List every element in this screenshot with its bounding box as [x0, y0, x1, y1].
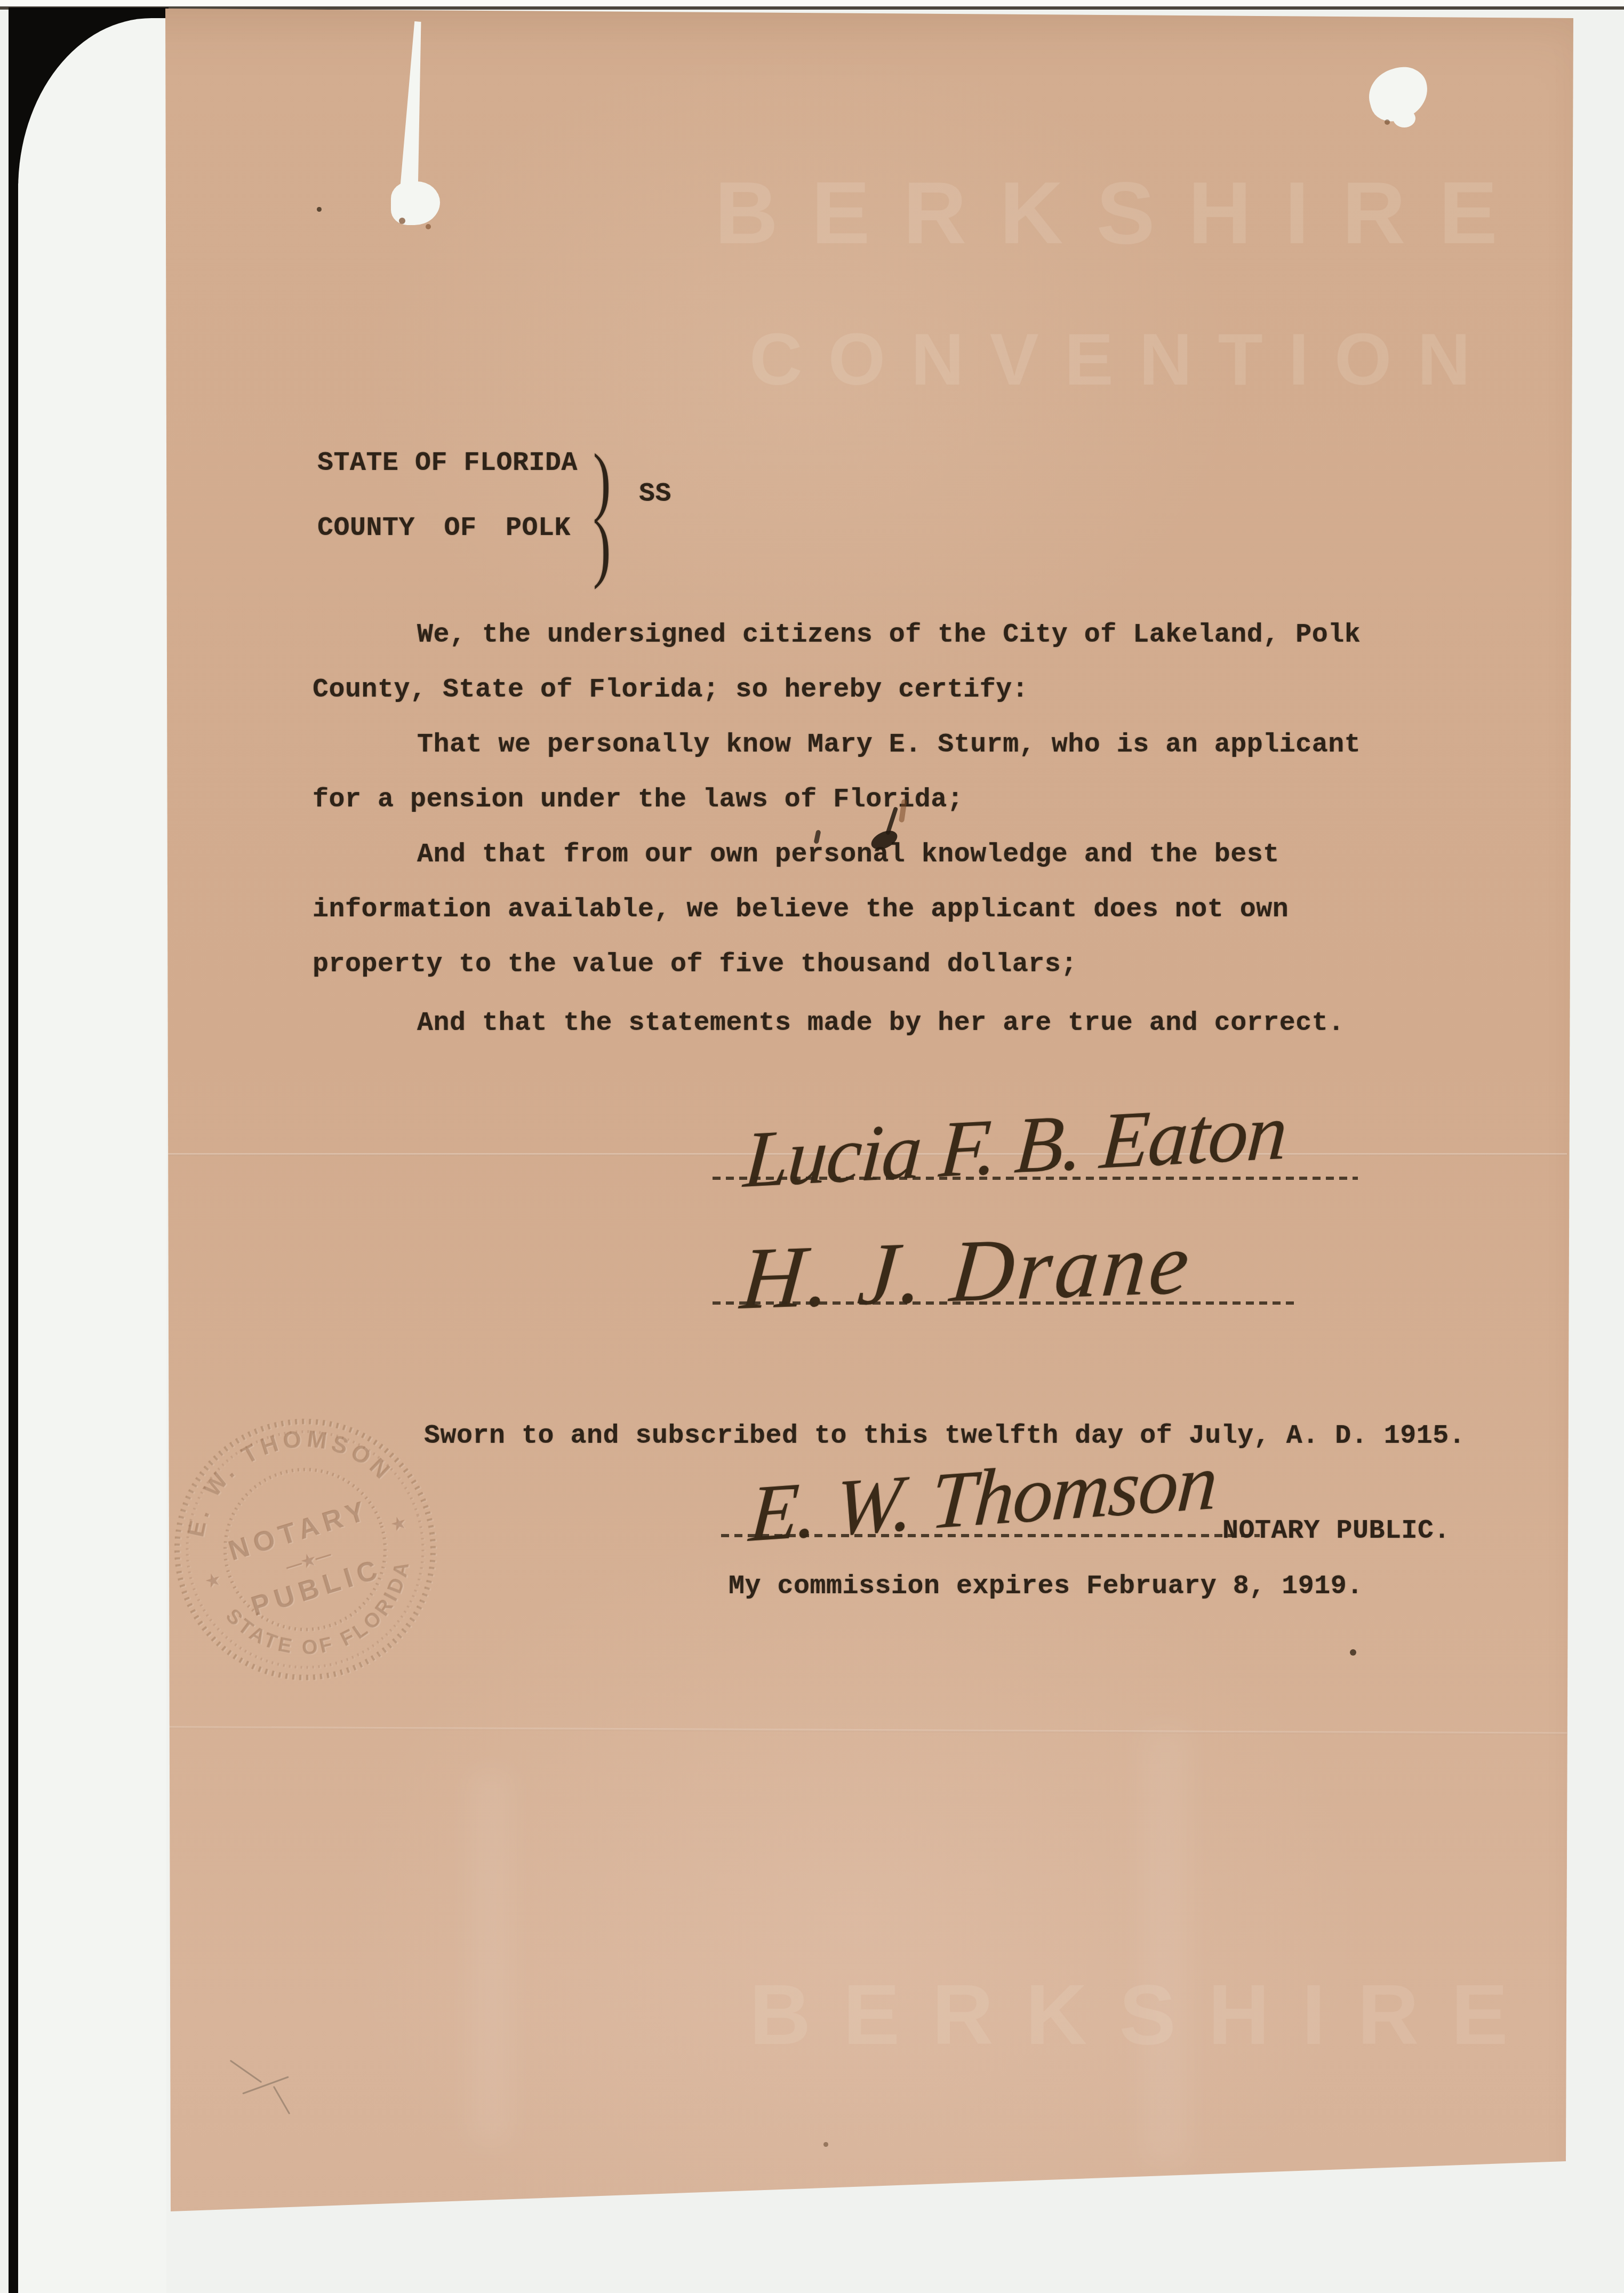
body-line: information available, we believe the ap…	[313, 894, 1289, 925]
dark-speck-below-commission	[1350, 1649, 1356, 1656]
ink-dot	[317, 207, 322, 212]
top-right-blotch-2	[1393, 109, 1415, 127]
body-line: And that from our own personal knowledge…	[417, 840, 1279, 870]
seal-left-star: ★	[204, 1570, 222, 1591]
notary-title: NOTARY PUBLIC.	[1222, 1516, 1450, 1546]
witness2-signature-line	[713, 1301, 1294, 1305]
body-line: for a pension under the laws of Florida;	[313, 785, 963, 815]
scanned-document-page: BERKSHIRE CONVENTION BERKSHIRE STATE OF …	[0, 0, 1624, 2293]
paper-tear-blob	[391, 181, 440, 225]
scanner-top-strip	[0, 0, 1624, 6]
small-stain-bottom	[823, 2142, 828, 2147]
witness1-signature-line	[713, 1177, 1358, 1180]
heading-bracket-bottom: )	[593, 502, 611, 592]
pencil-scribble-2	[242, 2076, 289, 2094]
paper-tear-streak	[400, 21, 427, 192]
watermark-line-1: BERKSHIRE	[715, 163, 1531, 263]
body-line: And that the statements made by her are …	[417, 1008, 1345, 1038]
seal-right-star: ★	[389, 1513, 408, 1534]
scanner-black-edge	[9, 7, 18, 2293]
notary-signature-line	[721, 1534, 1260, 1537]
heading-ss: SS	[639, 479, 671, 509]
witness1-signature: Lucia F. B. Eaton	[741, 1085, 1290, 1206]
heading-county-line: COUNTY OF POLK	[317, 513, 571, 544]
paper-sheen-streak	[1141, 1728, 1189, 2166]
paper: BERKSHIRE CONVENTION BERKSHIRE STATE OF …	[0, 0, 1624, 2293]
top-right-speck	[1385, 119, 1390, 125]
notary-signature: E. W. Thomson	[747, 1435, 1220, 1560]
body-line: property to the value of five thousand d…	[313, 949, 1077, 980]
watermark-line-2: CONVENTION	[749, 317, 1496, 402]
paper-sheen-streak-2	[469, 1771, 512, 2144]
fold-crease-lower	[169, 1726, 1567, 1735]
pencil-scribble-1	[230, 2060, 262, 2083]
body-line: We, the undersigned citizens of the City…	[417, 620, 1361, 650]
backing-sheet	[18, 18, 166, 2293]
commission-expiry-line: My commission expires February 8, 1919.	[729, 1571, 1363, 1602]
tear-edge-speck-2	[426, 224, 431, 229]
body-line: That we personally know Mary E. Sturm, w…	[417, 730, 1361, 760]
body-line: County, State of Florida; so hereby cert…	[313, 675, 1028, 705]
tear-edge-speck	[399, 218, 405, 224]
sworn-statement-line: Sworn to and subscribed to this twelfth …	[424, 1421, 1465, 1451]
pencil-scribble-3	[273, 2086, 291, 2114]
witness2-signature: H. J. Drane	[737, 1212, 1196, 1330]
heading-state-line: STATE OF FLORIDA	[317, 448, 578, 478]
